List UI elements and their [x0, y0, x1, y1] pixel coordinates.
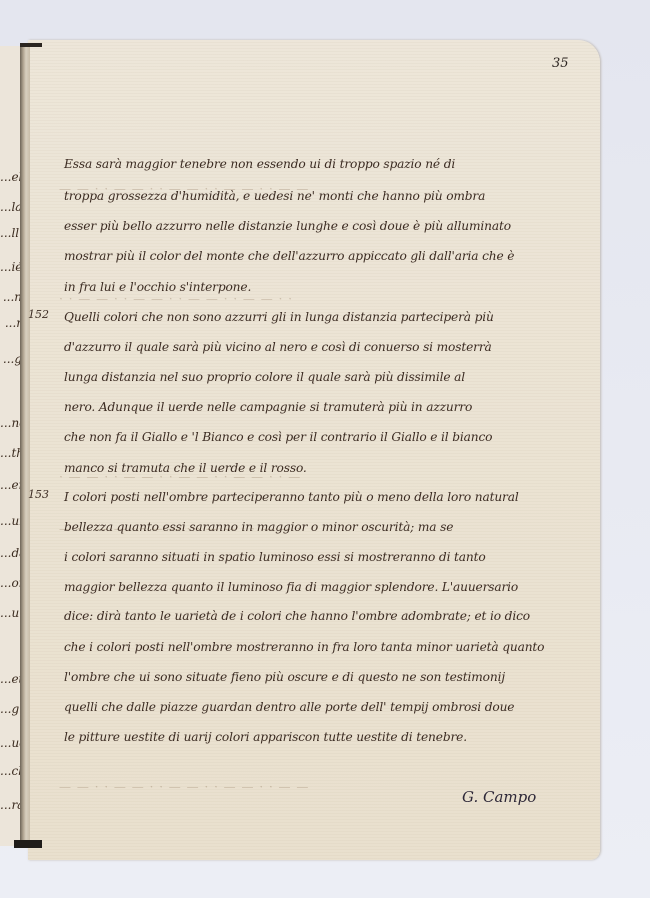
prev-page-fragment: ...eta [0, 672, 22, 686]
text-line: Quelli colori che non sono azzurri gli i… [64, 310, 494, 324]
text-line: Essa sarà maggior tenebre non essendo ui… [64, 157, 455, 171]
prev-page-fragment: ...r [0, 316, 22, 330]
prev-page-fragment: ...dag [0, 546, 22, 560]
text-line: che non fa il Giallo e 'l Bianco e così … [64, 430, 492, 444]
prev-page-fragment: ...ue [0, 736, 22, 750]
text-line: troppa grossezza d'humidità, e uedesi ne… [64, 189, 485, 203]
text-line: manco si tramuta che il uerde e il rosso… [64, 461, 307, 475]
ink-bleed-through: — — · · — — · · — — · · — — · · — — [58, 780, 308, 794]
paragraph-number: 152 [28, 308, 49, 321]
prev-page-fragment: ...g [0, 352, 22, 366]
prev-page-fragment: ...ung [0, 606, 22, 620]
prev-page-fragment: ...ek [0, 170, 22, 184]
text-line: lunga distanzia nel suo proprio colore i… [64, 370, 465, 384]
binding-edge-bottom [14, 840, 42, 848]
text-line: bellezza quanto essi saranno in maggior … [64, 520, 453, 534]
prev-page-fragment: ...n [0, 290, 22, 304]
prev-page-fragment: ...omi [0, 576, 22, 590]
prev-page-fragment: ...ra [0, 798, 22, 812]
folio-number: 35 [552, 56, 569, 71]
prev-page-fragment: ...uia [0, 514, 22, 528]
text-line: l'ombre che ui sono situate fieno più os… [64, 670, 505, 684]
text-line: in fra lui e l'occhio s'interpone. [64, 280, 251, 294]
binding-edge-top [20, 43, 42, 47]
prev-page-fragment: ...enb [0, 478, 22, 492]
text-line: d'azzurro il quale sarà più vicino al ne… [64, 340, 492, 354]
prev-page-fragment: ...llu: [0, 226, 22, 240]
ink-bleed-through: · · — — · · — — · · — — · · — — · · [58, 292, 292, 306]
paragraph-number: 153 [28, 488, 49, 501]
text-line: le pitture uestite di uarij colori appar… [64, 730, 467, 744]
text-line: maggior bellezza quanto il luminoso fia … [64, 580, 518, 594]
prev-page-fragment: ...gu [0, 702, 22, 716]
text-line: mostrar più il color del monte che dell'… [64, 249, 514, 263]
text-line: che i colori posti nell'ombre mostrerann… [64, 640, 544, 654]
prev-page-fragment: ...the [0, 446, 22, 460]
text-line: I colori posti nell'ombre parteciperanno… [64, 490, 519, 504]
text-line: dice: dirà tanto le uarietà de i colori … [64, 609, 530, 623]
text-line: esser più bello azzurro nelle distanzie … [64, 219, 511, 233]
prev-page-fragment: ...ne [0, 416, 22, 430]
text-line: nero. Adunque il uerde nelle campagnie s… [64, 400, 472, 414]
book-spine [20, 44, 30, 848]
prev-page-fragment: ...ié [0, 260, 22, 274]
text-line: quelli che dalle piazze guardan dentro a… [64, 700, 514, 714]
prev-page-fragment: ...las [0, 200, 22, 214]
text-line: i colori saranno situati in spatio lumin… [64, 550, 486, 564]
signature: G. Campo [462, 788, 536, 806]
prev-page-fragment: ...che [0, 764, 22, 778]
